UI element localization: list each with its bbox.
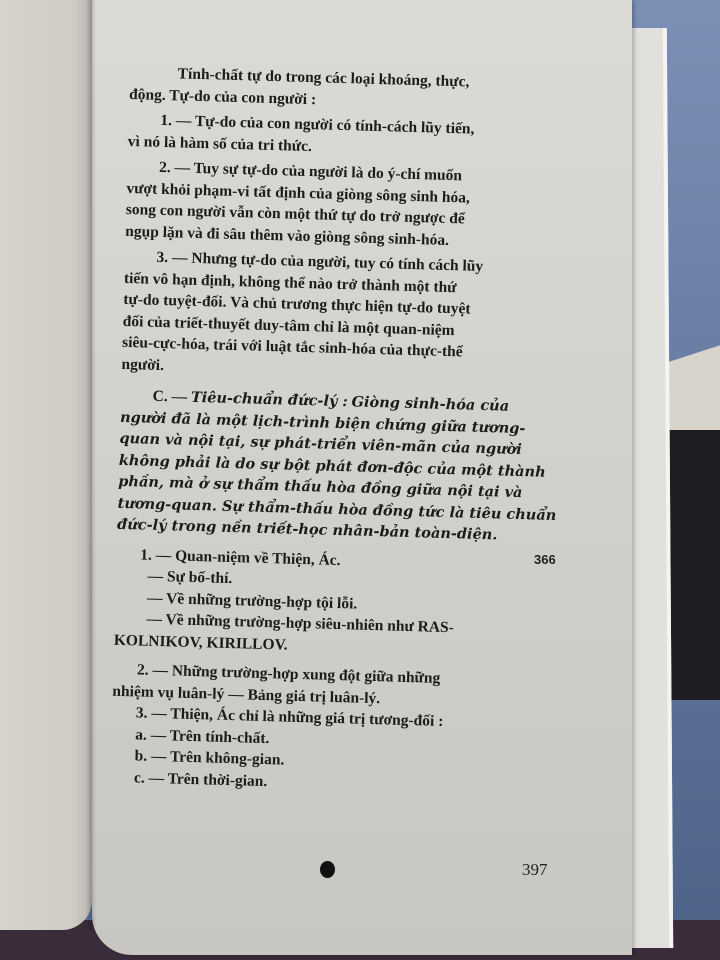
ink-dot-mark [320,861,335,878]
outline-list: 1. — Quan-niệm về Thiện, Ác. — Sự bố-thí… [110,543,557,800]
page-number: 397 [522,860,548,880]
item-label: 2. — [159,159,190,177]
left-page [0,0,92,930]
section-title: Tiêu-chuẩn đức-lý : [191,389,348,410]
section-label: C. — [152,388,187,406]
section-text: Giòng sinh-hóa của [351,393,509,414]
item-label: 3. — [156,249,187,267]
item-3: 3. — Nhưng tự-do của người, tuy có tính … [121,246,564,387]
margin-number: 366 [534,552,556,567]
item-label: 1. — [160,112,191,130]
section-c: C. — Tiêu-chuẩn đức-lý : Giòng sinh-hóa … [117,385,561,548]
spine-shadow [86,0,96,930]
item-2: 2. — Tuy sự tự-do của người là do ý-chí … [125,156,567,254]
page-text: Tính-chất tự do trong các loại khoáng, t… [110,62,570,800]
book-page: Tính-chất tự do trong các loại khoáng, t… [92,0,632,955]
